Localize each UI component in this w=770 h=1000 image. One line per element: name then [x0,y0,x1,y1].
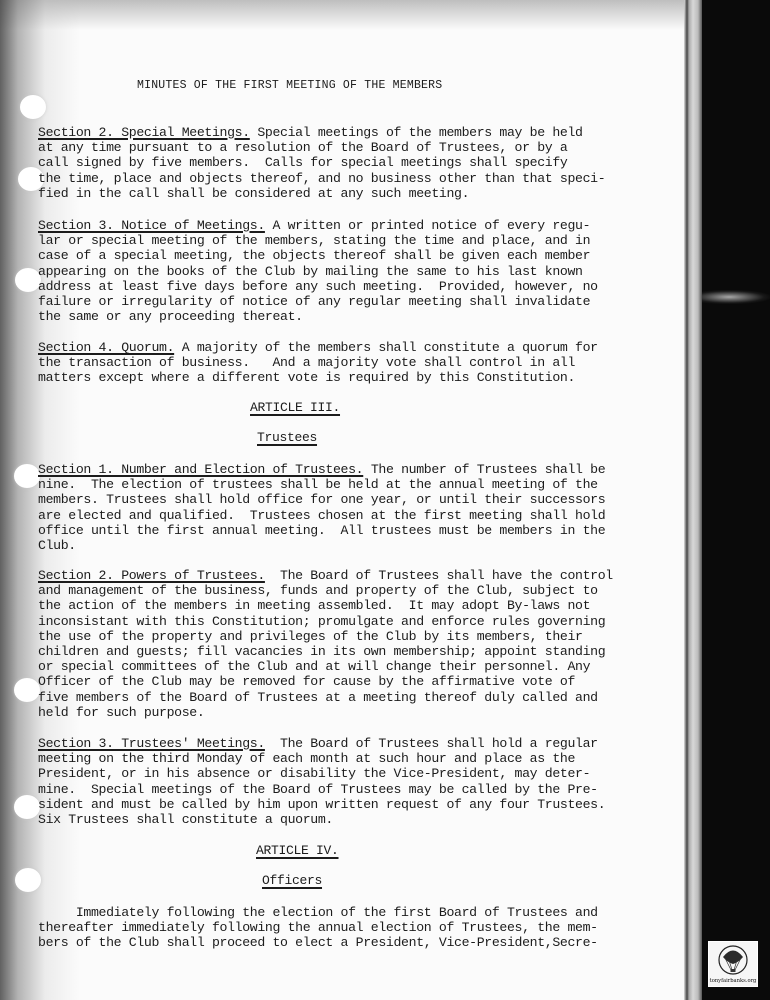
document-title: MINUTES OF THE FIRST MEETING OF THE MEMB… [137,79,442,92]
section-number-and-election-of-trustees: Section 1. Number and Election of Truste… [38,462,638,553]
article-4-name: Officers [262,873,322,888]
article-4-text: Immediately following the election of th… [38,905,638,951]
watermark-logo: tonyfairbanks.org [708,941,758,987]
section-heading: Section 3. Trustees' Meetings. [38,736,265,751]
section-quorum: Section 4. Quorum. A majority of the mem… [38,340,638,386]
section-special-meetings: Section 2. Special Meetings. Special mee… [38,125,638,201]
section-heading: Section 1. Number and Election of Truste… [38,462,363,477]
hot-air-balloon-icon [709,942,757,978]
article-3-number: ARTICLE III. [250,400,340,415]
section-heading: Section 2. Powers of Trustees. [38,568,265,583]
article-4-number: ARTICLE IV. [256,843,339,858]
watermark-text: tonyfairbanks.org [709,978,757,984]
section-heading: Section 4. Quorum. [38,340,174,355]
section-powers-of-trustees: Section 2. Powers of Trustees. The Board… [38,568,638,720]
section-trustees-meetings: Section 3. Trustees' Meetings. The Board… [38,736,638,827]
scan-artifact [702,290,770,304]
scan-background [702,0,770,1000]
section-heading: Section 3. Notice of Meetings. [38,218,265,233]
article-3-name: Trustees [257,430,317,445]
document-content: MINUTES OF THE FIRST MEETING OF THE MEMB… [0,0,702,1000]
section-notice-of-meetings: Section 3. Notice of Meetings. A written… [38,218,638,324]
section-heading: Section 2. Special Meetings. [38,125,250,140]
